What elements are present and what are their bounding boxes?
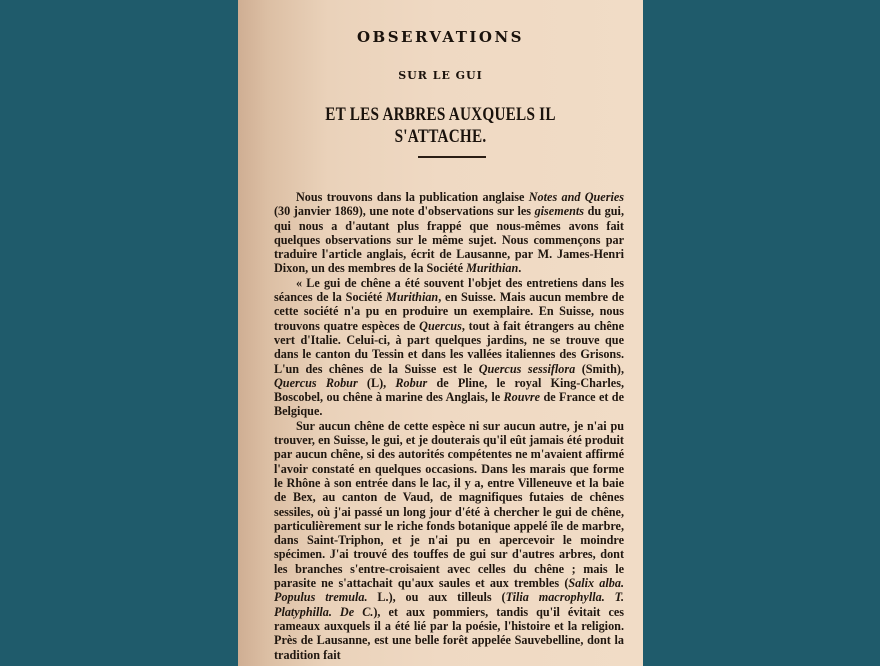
italic-text: Rouvre (504, 390, 541, 404)
paragraph: Nous trouvons dans la publication anglai… (274, 190, 624, 276)
subtitle-sur-le-gui: SUR LE GUI (238, 69, 643, 82)
italic-text: Murithian (386, 290, 438, 304)
text-segment: L.), ou aux tilleuls ( (368, 590, 506, 604)
text-segment: (30 janvier 1869), une note d'observatio… (274, 204, 535, 218)
italic-text: Robur (395, 376, 427, 390)
italic-text: Notes and Queries (529, 190, 624, 204)
italic-text: Quercus sessiflora (479, 362, 576, 376)
text-segment: (Smith), (575, 362, 624, 376)
italic-text: Quercus Robur (274, 376, 358, 390)
scanned-page: OBSERVATIONS SUR LE GUI ET LES ARBRES AU… (238, 0, 643, 666)
text-segment: (L), (358, 376, 396, 390)
text-segment: . (518, 261, 521, 275)
italic-text: gisements (535, 204, 584, 218)
body-text: Nous trouvons dans la publication anglai… (274, 190, 624, 662)
paragraph: « Le gui de chêne a été souvent l'objet … (274, 276, 624, 419)
subtitle-arbres: ET LES ARBRES AUXQUELS IL S'ATTACHE. (279, 104, 603, 148)
text-segment: Sur aucun chêne de cette espèce ni sur a… (274, 419, 624, 590)
italic-text: Quercus (419, 319, 462, 333)
paragraph: Sur aucun chêne de cette espèce ni sur a… (274, 419, 624, 662)
title-observations: OBSERVATIONS (238, 28, 643, 46)
title-divider-rule (418, 156, 486, 158)
italic-text: Murithian (466, 261, 518, 275)
text-segment: Nous trouvons dans la publication anglai… (296, 190, 529, 204)
